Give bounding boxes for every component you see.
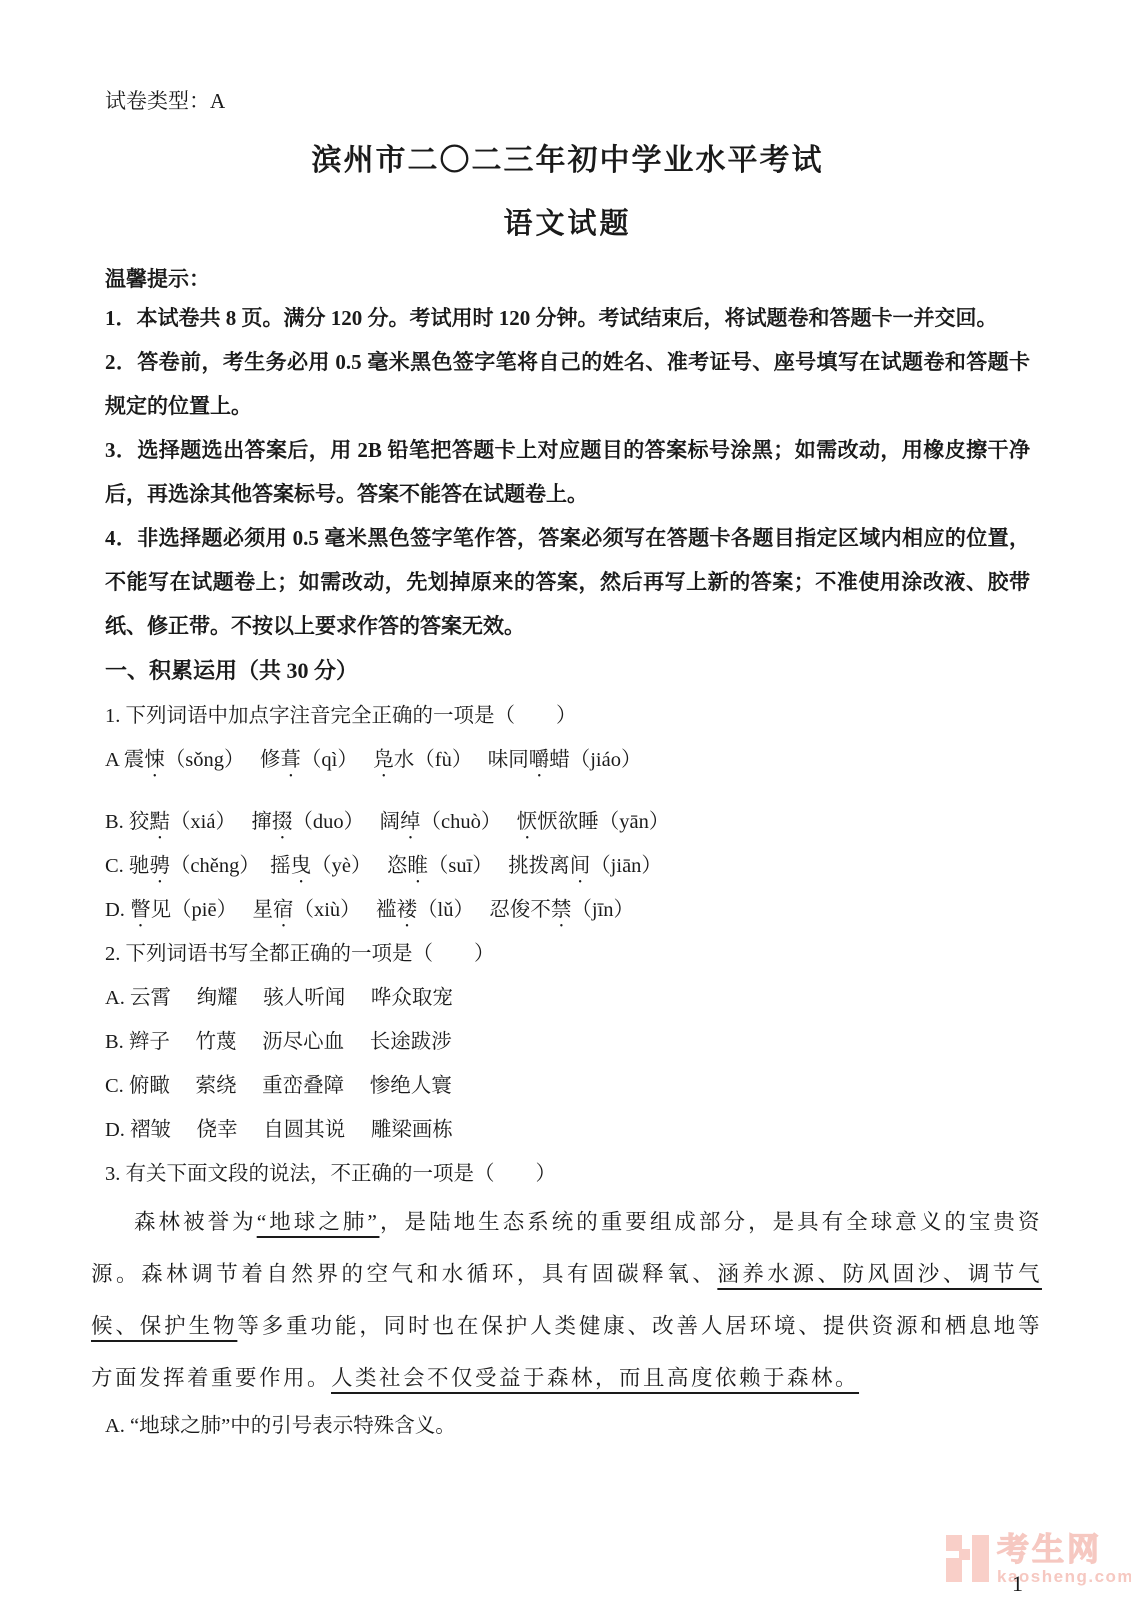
text-segment: （jīn） — [571, 899, 634, 921]
emphasized-char: 恹 — [517, 811, 538, 833]
text-segment: D. — [105, 899, 130, 921]
emphasized-char: 曳 — [291, 855, 312, 877]
underlined-text: 人类社会不仅受益于森林，而且高度依赖于森林。 — [331, 1366, 859, 1390]
kaosheng-logo-icon — [946, 1535, 990, 1582]
emphasized-char: 睢 — [407, 855, 428, 877]
text-segment: 蜡（jiáo） — [549, 749, 641, 771]
text-segment: （duo） 阔 — [292, 811, 400, 833]
exam-title: 滨州市二〇二三年初中学业水平考试 — [105, 140, 1030, 182]
text-segment: （chuò） — [420, 811, 516, 833]
text-segment: C. 驰 — [105, 855, 149, 877]
text-segment: 森林被誉为 — [134, 1210, 257, 1234]
question-2-option-d: D. 褶皱 侥幸 自圆其说 雕梁画栋 — [105, 1108, 1030, 1152]
text-segment: （sǒng） 修 — [165, 749, 281, 771]
question-1-stem: 1. 下列词语中加点字注音完全正确的一项是（ ） — [105, 694, 1030, 738]
exam-paper-page: 试卷类型：A 滨州市二〇二三年初中学业水平考试 语文试题 温馨提示： 1．本试卷… — [0, 0, 1131, 1600]
question-2-stem: 2. 下列词语书写全都正确的一项是（ ） — [105, 932, 1030, 976]
text-segment: （yè） 恣 — [311, 855, 407, 877]
notice-item-4: 4．非选择题必须用 0.5 毫米黑色签字笔作答，答案必须写在答题卡各题目指定区域… — [105, 516, 1030, 648]
kaosheng-watermark: 考生网 kaosheng.com — [946, 1533, 1131, 1587]
text-segment: A 震 — [105, 749, 144, 771]
emphasized-char: 禁 — [551, 899, 572, 921]
emphasized-char: 掇 — [272, 811, 293, 833]
section-1-heading: 一、积累运用（共 30 分） — [105, 648, 1030, 694]
question-1-option-a: A 震悚（sǒng） 修葺（qì） 凫水（fù） 味同嚼蜡（jiáo） — [105, 738, 1030, 782]
text-segment: （lǔ） 忍俊不 — [417, 899, 551, 921]
text-segment: （chěng） 摇 — [170, 855, 291, 877]
text-segment: （suī） 挑拨离 — [428, 855, 570, 877]
notice-item-2: 2．答卷前，考生务必用 0.5 毫米黑色签字笔将自己的姓名、准考证号、座号填写在… — [105, 340, 1030, 428]
emphasized-char: 葺 — [280, 749, 301, 771]
question-2-option-a: A. 云霄 绚耀 骇人听闻 哗众取宠 — [105, 976, 1030, 1020]
question-3-option-a: A. “地球之肺”中的引号表示特殊含义。 — [105, 1404, 1030, 1448]
question-2-option-b: B. 辫子 竹蔑 沥尽心血 长途跋涉 — [105, 1020, 1030, 1064]
question-3-passage: 森林被誉为“地球之肺”，是陆地生态系统的重要组成部分，是具有全球意义的宝贵资源。… — [91, 1196, 1042, 1404]
text-segment: 见（piē） 星 — [151, 899, 273, 921]
emphasized-char: 褛 — [397, 899, 418, 921]
emphasized-char: 间 — [570, 855, 591, 877]
emphasized-char: 绰 — [400, 811, 421, 833]
page-content: 试卷类型：A 滨州市二〇二三年初中学业水平考试 语文试题 温馨提示： 1．本试卷… — [0, 0, 1131, 1448]
text-segment: （jiān） — [590, 855, 662, 877]
emphasized-char: 瞥 — [130, 899, 151, 921]
question-1-option-c: C. 驰骋（chěng） 摇曳（yè） 恣睢（suī） 挑拨离间（jiān） — [105, 844, 1030, 888]
question-1-option-b: B. 狡黠（xiá） 撺掇（duo） 阔绰（chuò） 恹恹欲睡（yān） — [105, 800, 1030, 844]
emphasized-char: 悚 — [144, 749, 165, 771]
question-1-option-d: D. 瞥见（piē） 星宿（xiù） 褴褛（lǔ） 忍俊不禁（jīn） — [105, 888, 1030, 932]
page-number: 1 — [1012, 1572, 1023, 1596]
emphasized-char: 嚼 — [529, 749, 550, 771]
text-segment: 恹欲睡（yān） — [537, 811, 669, 833]
text-segment: （xiá） 撺 — [170, 811, 272, 833]
text-segment: （qì） — [301, 749, 373, 771]
notice-heading: 温馨提示： — [105, 262, 1030, 296]
emphasized-char: 凫 — [373, 749, 394, 771]
emphasized-char: 黠 — [149, 811, 170, 833]
watermark-brand-name: 考生网 — [997, 1533, 1131, 1566]
question-3-stem: 3. 有关下面文段的说法，不正确的一项是（ ） — [105, 1152, 1030, 1196]
notice-item-3: 3．选择题选出答案后，用 2B 铅笔把答题卡上对应题目的答案标号涂黑；如需改动，… — [105, 428, 1030, 516]
exam-subject-title: 语文试题 — [105, 204, 1030, 244]
question-2-option-c: C. 俯瞰 萦绕 重峦叠障 惨绝人寰 — [105, 1064, 1030, 1108]
text-segment: 水（fù） 味同 — [394, 749, 529, 771]
emphasized-char: 宿 — [273, 899, 294, 921]
text-segment: （xiù） 褴 — [293, 899, 396, 921]
underlined-text: “地球之肺” — [257, 1210, 380, 1234]
text-segment: B. 狡 — [105, 811, 149, 833]
emphasized-char: 骋 — [149, 855, 170, 877]
paper-type-label: 试卷类型：A — [105, 88, 1030, 114]
notice-item-1: 1．本试卷共 8 页。满分 120 分。考试用时 120 分钟。考试结束后，将试… — [105, 296, 1030, 340]
